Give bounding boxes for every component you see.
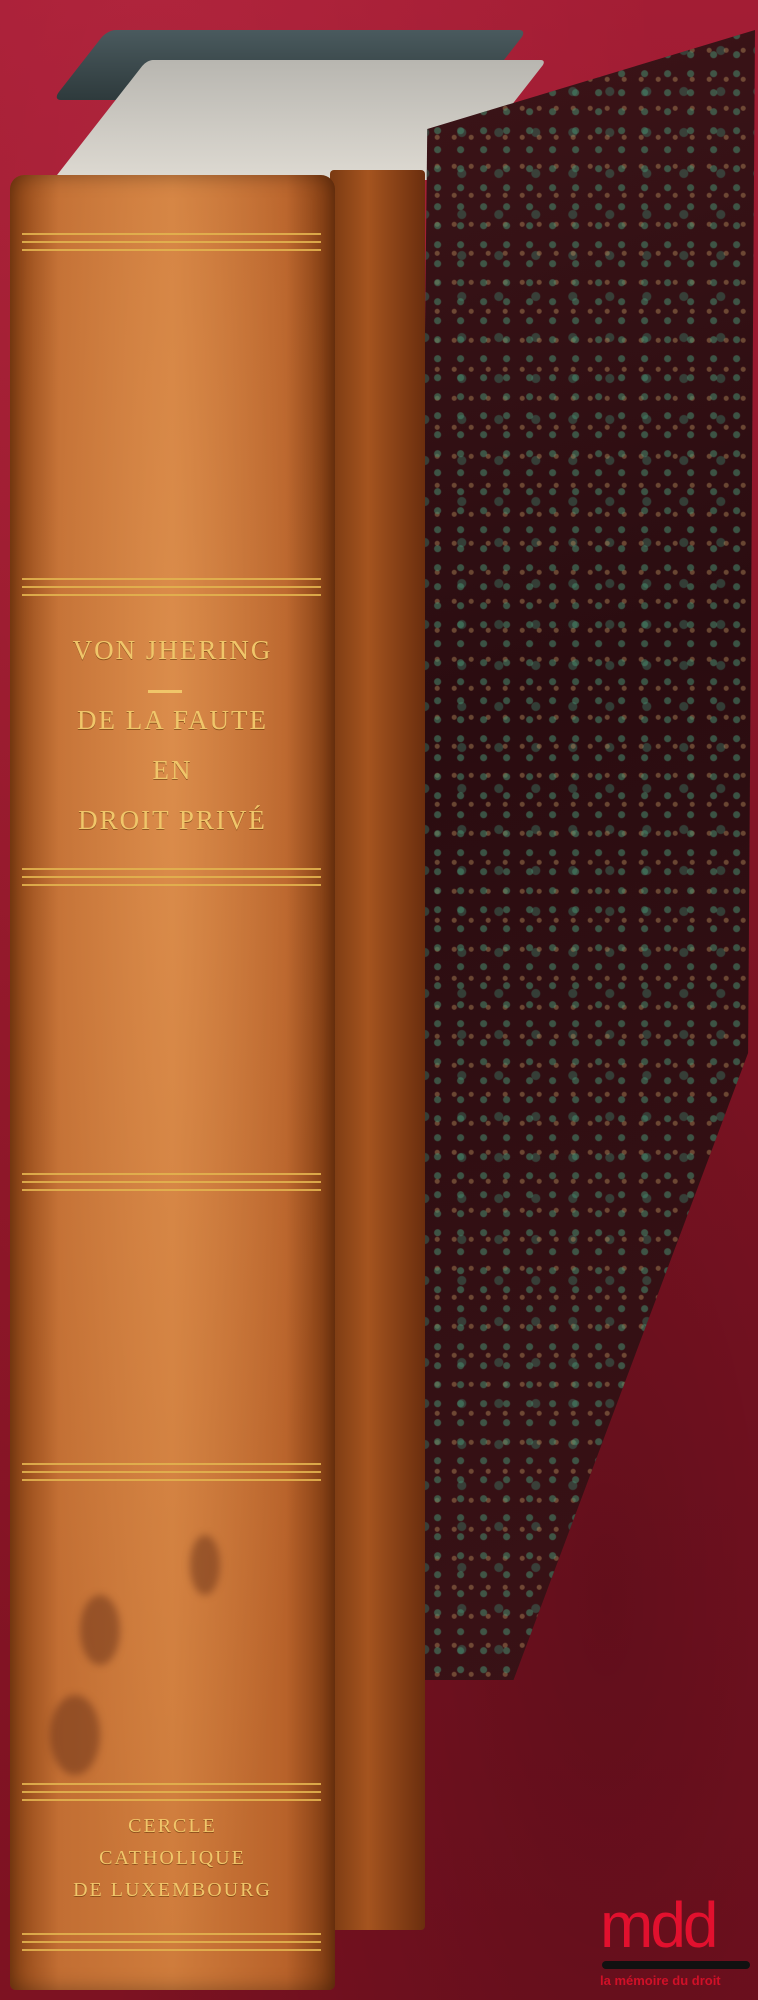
gilt-band xyxy=(22,1170,321,1194)
book-spine: VON JHERING DE LA FAUTE EN DROIT PRIVÉ C… xyxy=(10,175,335,1990)
mdd-logo: mdd xyxy=(600,1895,752,1955)
gilt-band xyxy=(22,865,321,889)
spine-owner-line: CATHOLIQUE xyxy=(10,1847,335,1870)
leather-hinge xyxy=(330,170,425,1930)
watermark-bar xyxy=(602,1961,750,1969)
spine-title-line: DE LA FAUTE xyxy=(10,705,335,736)
gilt-band xyxy=(22,230,321,254)
gilt-band xyxy=(22,1930,321,1954)
spine-title-line: DROIT PRIVÉ xyxy=(10,805,335,836)
gilt-band xyxy=(22,575,321,599)
watermark-tagline: la mémoire du droit xyxy=(600,1973,752,1988)
spine-author: VON JHERING xyxy=(10,635,335,666)
leather-stain xyxy=(50,1695,100,1775)
leather-stain xyxy=(80,1595,120,1665)
spine-title-line: EN xyxy=(10,755,335,786)
gilt-band xyxy=(22,1460,321,1484)
spine-separator xyxy=(148,690,182,693)
mdd-watermark: mdd la mémoire du droit xyxy=(600,1895,752,1988)
gilt-band xyxy=(22,1780,321,1804)
spine-owner-line: DE LUXEMBOURG xyxy=(10,1879,335,1902)
leather-stain xyxy=(190,1535,220,1595)
spine-owner-line: CERCLE xyxy=(10,1815,335,1838)
